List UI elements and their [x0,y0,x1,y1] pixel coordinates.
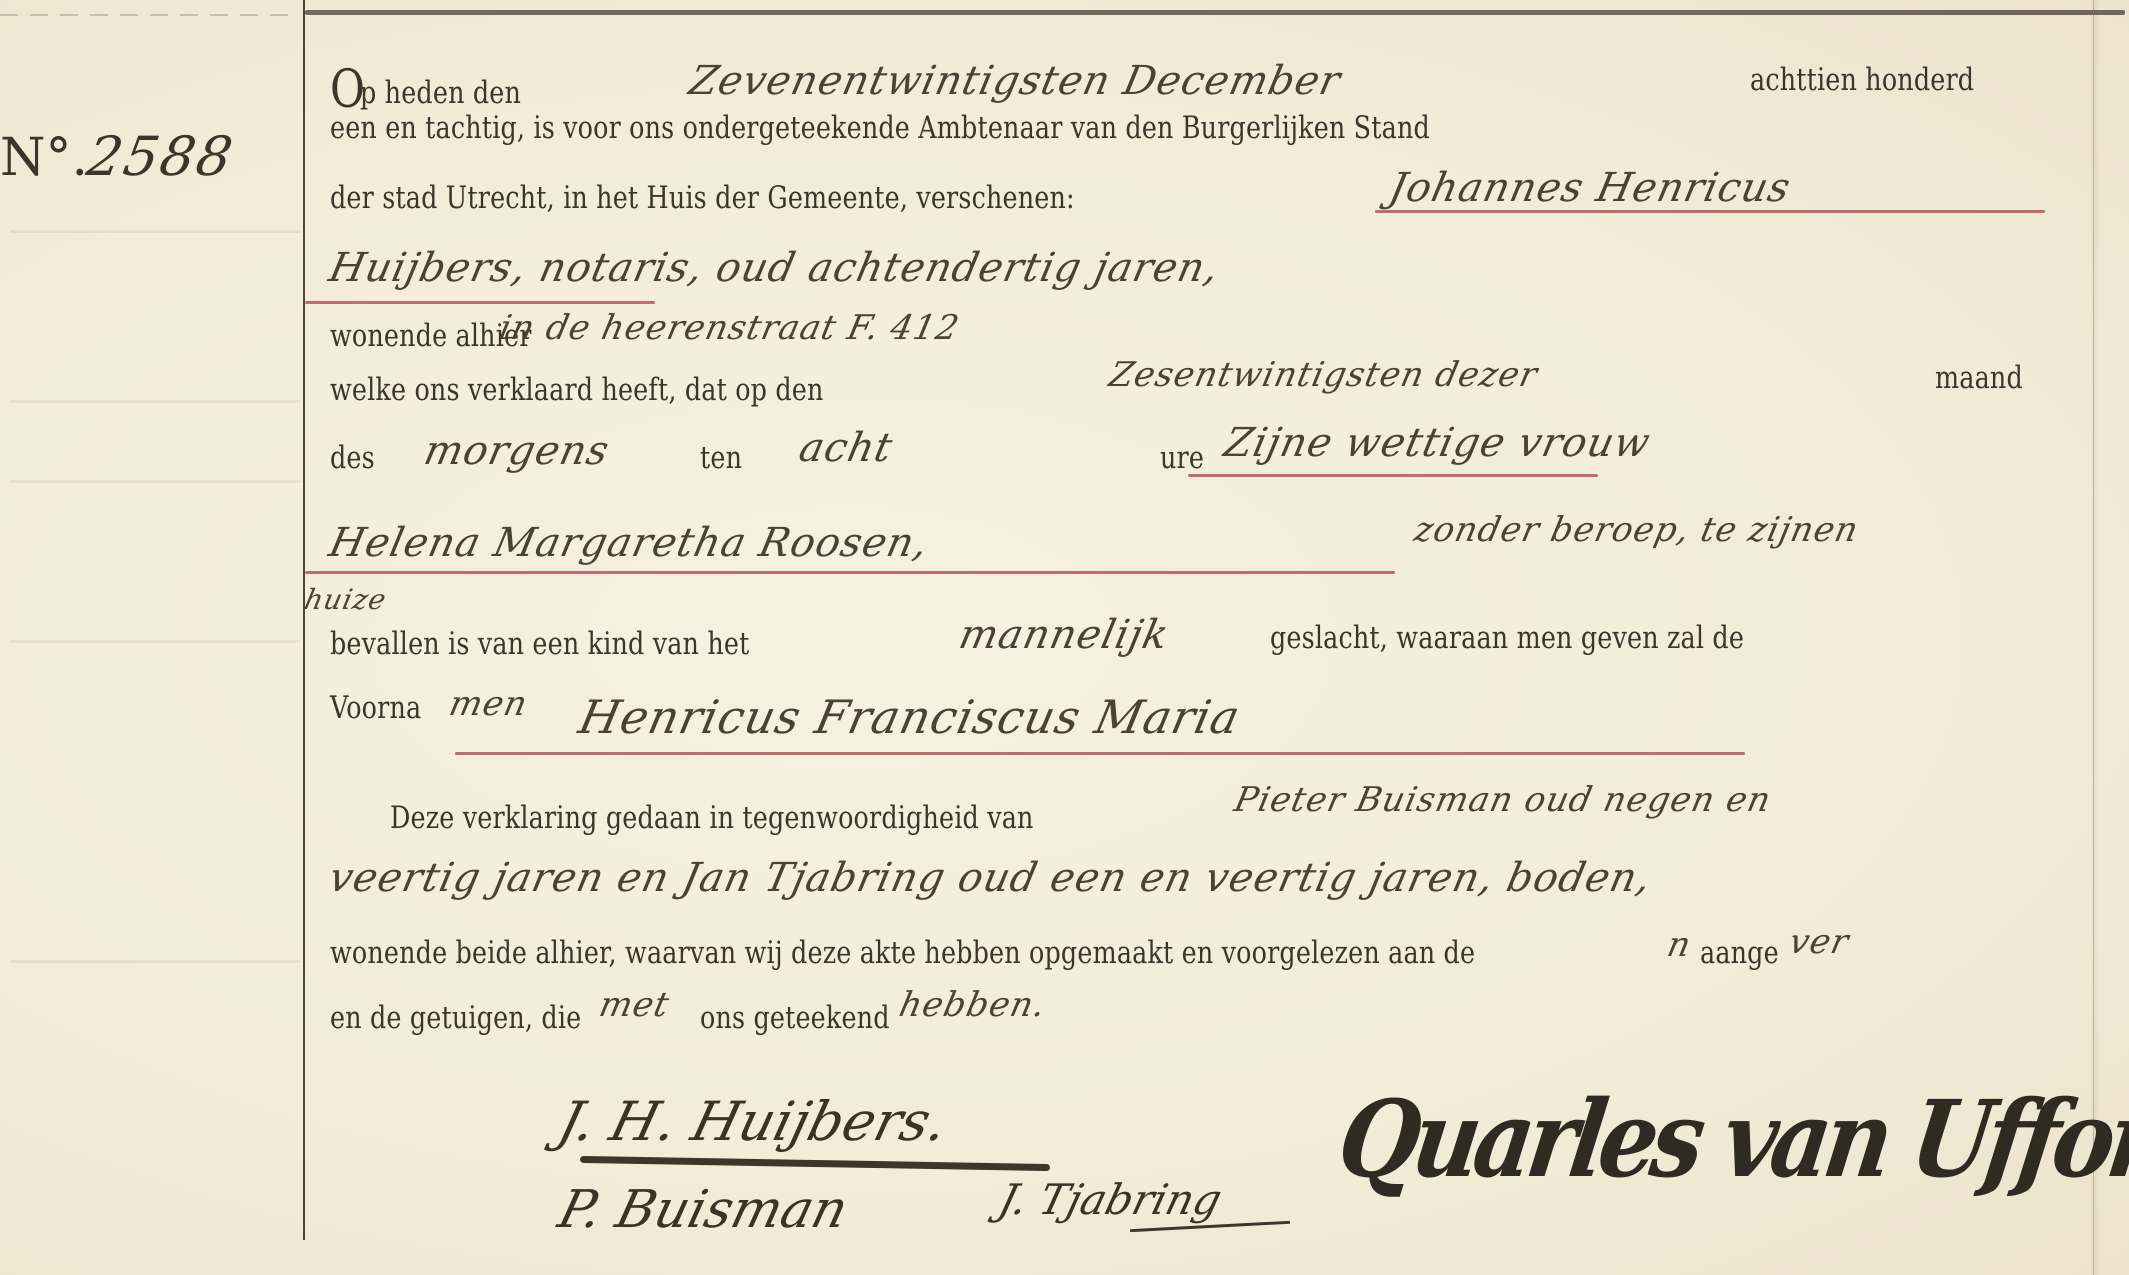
handwritten-mother-details: zonder beroep, te zijnen [1411,510,1863,550]
red-underline [1188,474,1598,477]
handwritten-witness-details: veertig jaren en Jan Tjabring oud een en… [325,855,1656,901]
handwritten-hour: acht [795,425,897,471]
handwritten-time-of-day: morgens [420,428,613,474]
handwritten-witness-1: Pieter Buisman oud negen en [1231,780,1775,820]
handwritten-sex: mannelijk [955,612,1173,658]
red-underline [455,752,1745,755]
handwritten-declarant-details: Huijbers, notaris, oud achtendertig jare… [325,245,1223,291]
print-text: ure [1160,440,1204,476]
print-text: en de getuigen, die [330,1000,581,1036]
record-number: N°.2588 [0,125,233,188]
print-text: p heden den [360,75,521,111]
handwritten-correction: n [1664,925,1695,965]
signature-witness-2: J. Tjabring [994,1175,1227,1224]
print-text: achttien honderd [1750,62,1974,98]
print-text: Voorna [330,690,421,726]
print-text: welke ons verklaard heeft, dat op den [330,372,824,408]
bleed-through-line [10,230,300,233]
bleed-through-line [10,960,300,963]
top-border-rule [305,10,2125,15]
handwritten-date: Zevenentwintigsten December [685,58,1345,104]
handwritten-declarant-name: Johannes Henricus [1385,165,1795,211]
print-text: des [330,440,375,476]
print-text: een en tachtig, is voor ons ondergeteeke… [330,110,1430,146]
handwritten-correction: ver [1786,922,1853,962]
signature-official: Quarles van Ufford [1331,1077,2129,1201]
handwritten-relation: Zijne wettige vrouw [1220,420,1655,466]
handwritten-birth-date: Zesentwintigsten dezer [1106,355,1542,395]
handwritten-child-names: Henricus Franciscus Maria [574,690,1245,744]
signature-witness-1: P. Buisman [553,1180,854,1240]
print-text: maand [1935,360,2023,396]
red-underline [305,301,655,304]
print-text: ten [700,440,742,476]
record-number-value: 2588 [82,125,239,188]
print-text: aange [1700,935,1779,971]
print-text: geslacht, waaraan men geven zal de [1270,620,1744,656]
print-text: wonende beide alhier, waarvan wij deze a… [330,935,1475,971]
handwritten-insertion: huize [301,583,389,616]
handwritten-insertion: hebben. [896,985,1050,1025]
handwritten-correction: men [446,684,532,724]
signature-declarant: J. H. Huijbers. [552,1090,954,1153]
record-number-prefix: N°. [0,128,88,188]
handwritten-address: in de heerenstraat F. 412 [496,308,963,348]
margin-column-rule [303,0,305,1240]
red-underline [1375,210,2045,213]
print-text: bevallen is van een kind van het [330,626,749,662]
print-text: Deze verklaring gedaan in tegenwoordighe… [390,800,1034,836]
print-text: ons geteekend [700,1000,890,1036]
signature-flourish [580,1156,1050,1171]
bleed-through-line [10,640,300,643]
print-text: der stad Utrecht, in het Huis der Gemeen… [330,180,1075,216]
faint-top-rule [0,14,300,16]
red-underline [305,571,1395,574]
handwritten-mother-name: Helena Margaretha Roosen, [325,520,933,566]
bleed-through-line [10,400,300,403]
handwritten-insertion: met [596,985,674,1025]
bleed-through-line [10,480,300,483]
